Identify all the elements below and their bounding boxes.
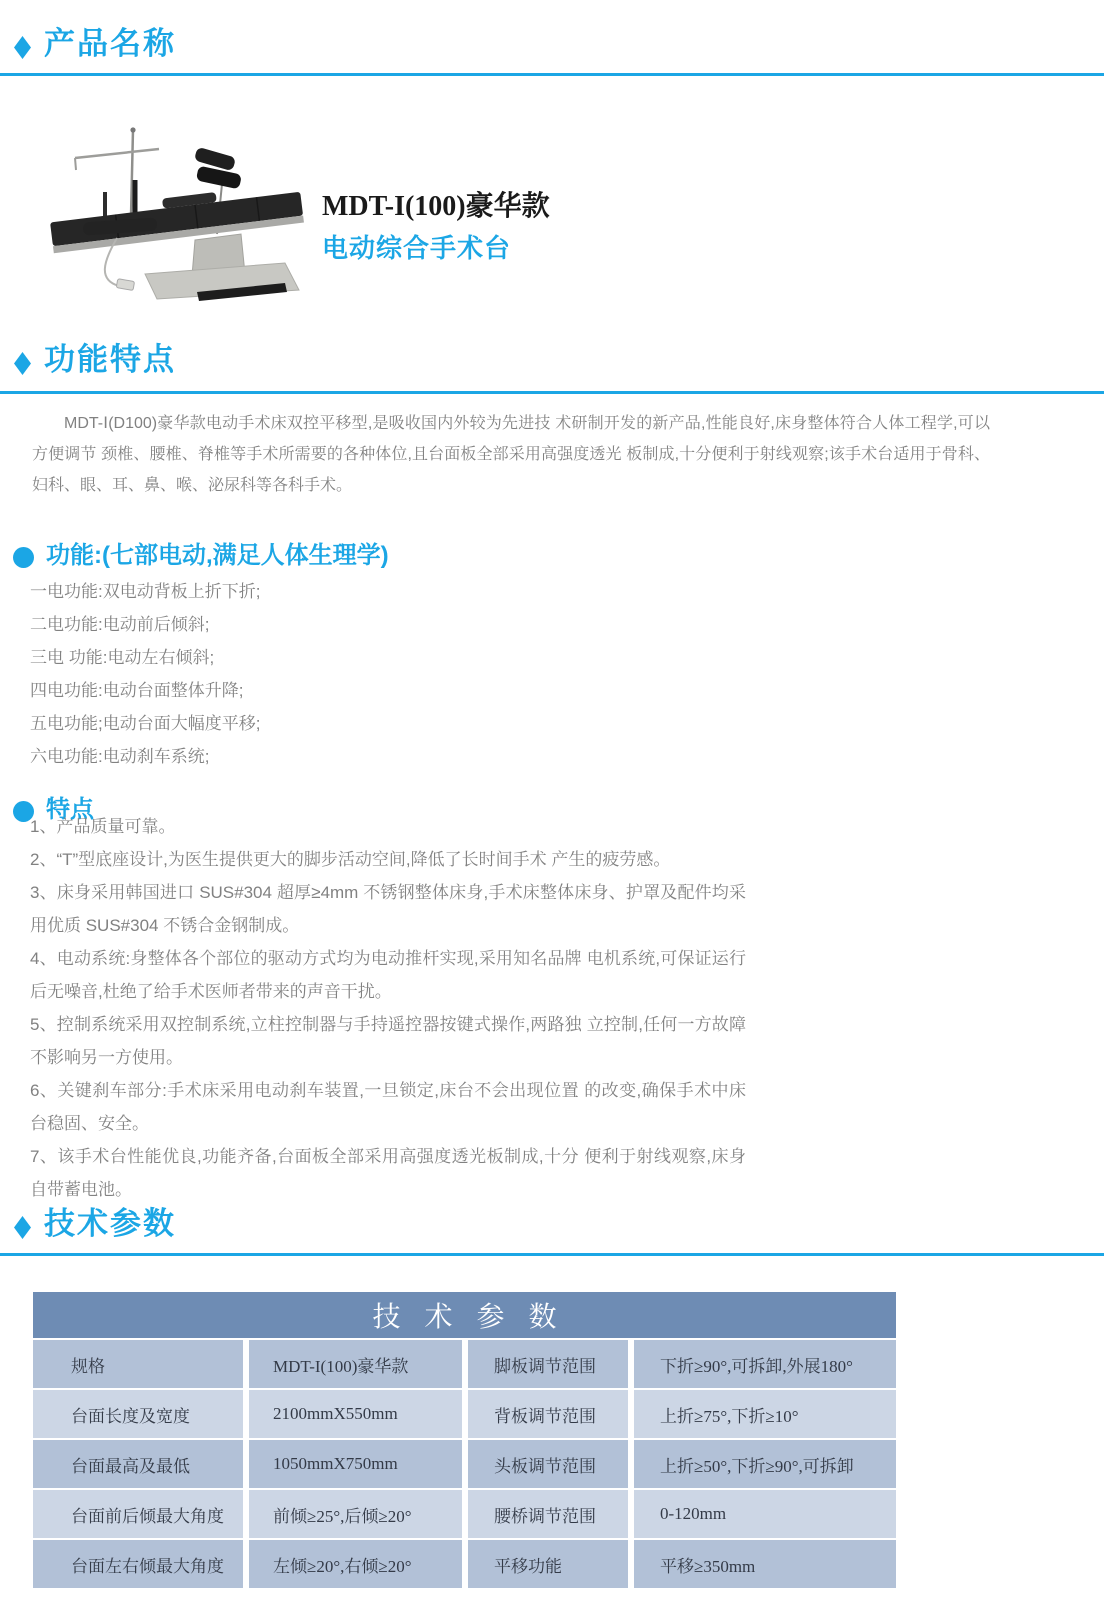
spec-cell: 平移功能 [468,1540,628,1588]
spec-cell: 规格 [33,1340,243,1388]
product-model: MDT-I(100)豪华款 [322,184,550,224]
section-divider [0,1253,1104,1256]
feature-item: 6、关键刹车部分:手术床采用电动刹车装置,一旦锁定,床台不会出现位置 的改变,确… [30,1074,746,1140]
spec-cell: MDT-I(100)豪华款 [249,1340,462,1388]
section-divider [0,73,1104,76]
diamond-bullet-icon [14,36,31,59]
spec-cell: 头板调节范围 [468,1440,628,1488]
function-item: 一电功能:双电动背板上折下折; [30,575,730,608]
function-item: 五电功能;电动台面大幅度平移; [30,707,730,740]
diamond-bullet-icon [14,352,31,375]
function-item: 三电 功能:电动左右倾斜; [30,641,730,674]
spec-cell: 上折≥75°,下折≥10° [634,1390,896,1438]
spec-table-title: 技术参数 [33,1292,896,1338]
circle-bullet-icon [13,547,34,568]
functions-list: 一电功能:双电动背板上折下折;二电功能:电动前后倾斜;三电 功能:电动左右倾斜;… [30,575,730,773]
spec-cell: 脚板调节范围 [468,1340,628,1388]
feature-item: 2、“T”型底座设计,为医生提供更大的脚步活动空间,降低了长时间手术 产生的疲劳… [30,843,746,876]
feature-item: 4、电动系统:身整体各个部位的驱动方式均为电动推杆实现,采用知名品牌 电机系统,… [30,942,746,1008]
product-image [45,122,325,304]
section-divider [0,391,1104,394]
spec-cell: 左倾≥20°,右倾≥20° [249,1540,462,1588]
spec-cell: 下折≥90°,可拆卸,外展180° [634,1340,896,1388]
function-item: 二电功能:电动前后倾斜; [30,608,730,641]
spec-cell: 台面长度及宽度 [33,1390,243,1438]
product-name: 电动综合手术台 [322,228,511,265]
section-title-specs: 技术参数 [44,1206,176,1242]
spec-cell: 腰桥调节范围 [468,1490,628,1538]
spec-cell: 台面前后倾最大角度 [33,1490,243,1538]
spec-cell: 前倾≥25°,后倾≥20° [249,1490,462,1538]
feature-item: 3、床身采用韩国进口 SUS#304 超厚≥4mm 不锈钢整体床身,手术床整体床… [30,876,746,942]
feature-item: 5、控制系统采用双控制系统,立柱控制器与手持遥控器按键式操作,两路独 立控制,任… [30,1008,746,1074]
spec-table: 技术参数 规格MDT-I(100)豪华款脚板调节范围下折≥90°,可拆卸,外展1… [33,1292,896,1588]
section-title-product-name: 产品名称 [44,26,176,62]
spec-cell: 背板调节范围 [468,1390,628,1438]
spec-cell: 平移≥350mm [634,1540,896,1588]
product-sheet-page: 产品名称 MDT-I(100)豪华款 电动 [0,0,1104,1607]
spec-cell: 1050mmX750mm [249,1440,462,1488]
function-item: 四电功能:电动台面整体升降; [30,674,730,707]
diamond-bullet-icon [14,1216,31,1239]
function-item: 六电功能:电动刹车系统; [30,740,730,773]
spec-table-body: 规格MDT-I(100)豪华款脚板调节范围下折≥90°,可拆卸,外展180°台面… [33,1340,896,1588]
feature-item: 1、产品质量可靠。 [30,810,746,843]
section-title-features: 功能特点 [44,342,176,378]
features-list: 1、产品质量可靠。2、“T”型底座设计,为医生提供更大的脚步活动空间,降低了长时… [30,810,746,1206]
spec-cell: 0-120mm [634,1490,896,1538]
spec-cell: 台面左右倾最大角度 [33,1540,243,1588]
functions-heading: 功能:(七部电动,满足人体生理学) [46,541,389,571]
spec-cell: 上折≥50°,下折≥90°,可拆卸 [634,1440,896,1488]
spec-cell: 台面最高及最低 [33,1440,243,1488]
feature-item: 7、该手术台性能优良,功能齐备,台面板全部采用高强度透光板制成,十分 便利于射线… [30,1140,746,1206]
spec-cell: 2100mmX550mm [249,1390,462,1438]
intro-paragraph: MDT-Ⅰ(D100)豪华款电动手术床双控平移型,是吸收国内外较为先进技 术研制… [32,408,990,501]
